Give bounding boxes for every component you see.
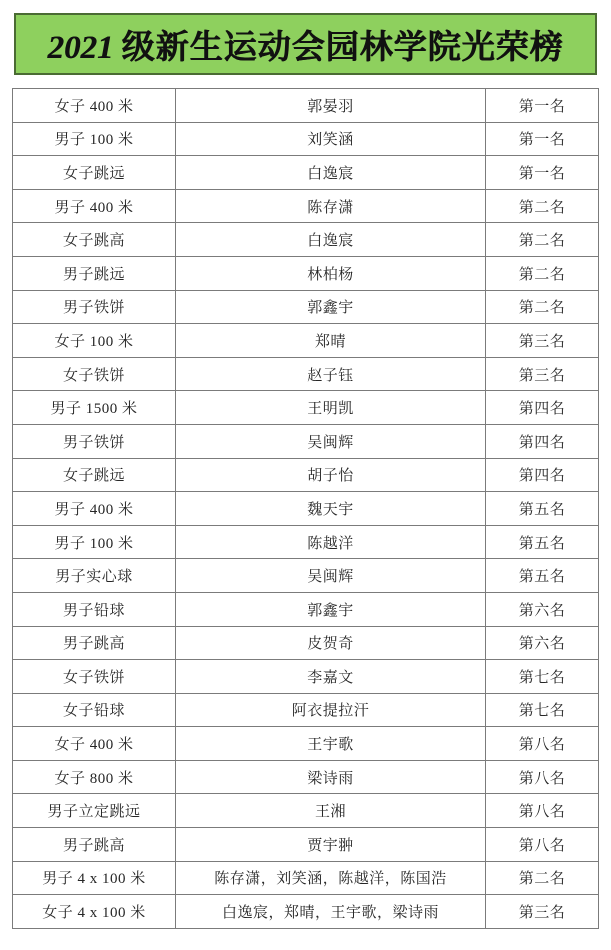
name-cell: 王湘	[176, 794, 486, 828]
name-cell: 刘笑涵	[176, 122, 486, 156]
page-title: 2021级新生运动会园林学院光荣榜	[48, 21, 564, 68]
rank-cell: 第八名	[486, 727, 599, 761]
event-cell: 女子跳远	[13, 458, 176, 492]
name-cell: 郭晏羽	[176, 89, 486, 123]
table-row: 女子 800 米梁诗雨第八名	[13, 760, 599, 794]
name-cell: 郭鑫宇	[176, 290, 486, 324]
name-cell: 赵子钰	[176, 357, 486, 391]
event-cell: 女子铁饼	[13, 660, 176, 694]
honor-roll-table: 女子 400 米郭晏羽第一名男子 100 米刘笑涵第一名女子跳远白逸宸第一名男子…	[12, 88, 599, 929]
rank-cell: 第四名	[486, 458, 599, 492]
table-row: 女子铁饼赵子钰第三名	[13, 357, 599, 391]
rank-cell: 第三名	[486, 357, 599, 391]
rank-cell: 第三名	[486, 895, 599, 929]
rank-cell: 第二名	[486, 290, 599, 324]
rank-cell: 第五名	[486, 559, 599, 593]
name-cell: 贾宇翀	[176, 828, 486, 862]
event-cell: 女子跳高	[13, 223, 176, 257]
event-cell: 女子 400 米	[13, 89, 176, 123]
name-cell: 郑晴	[176, 324, 486, 358]
name-cell: 吴闽辉	[176, 559, 486, 593]
rank-cell: 第二名	[486, 189, 599, 223]
rank-cell: 第四名	[486, 391, 599, 425]
name-cell: 魏天宇	[176, 492, 486, 526]
event-cell: 男子 4 x 100 米	[13, 861, 176, 895]
event-cell: 男子铁饼	[13, 290, 176, 324]
table-row: 女子跳远胡子怡第四名	[13, 458, 599, 492]
results-table-body: 女子 400 米郭晏羽第一名男子 100 米刘笑涵第一名女子跳远白逸宸第一名男子…	[13, 89, 599, 929]
table-row: 女子 100 米郑晴第三名	[13, 324, 599, 358]
rank-cell: 第八名	[486, 828, 599, 862]
name-cell: 阿衣提拉汗	[176, 693, 486, 727]
event-cell: 女子铁饼	[13, 357, 176, 391]
table-row: 男子 400 米魏天宇第五名	[13, 492, 599, 526]
rank-cell: 第七名	[486, 693, 599, 727]
table-row: 男子跳高皮贺奇第六名	[13, 626, 599, 660]
table-row: 男子铁饼吴闽辉第四名	[13, 424, 599, 458]
event-cell: 男子铅球	[13, 592, 176, 626]
name-cell: 皮贺奇	[176, 626, 486, 660]
table-row: 女子铅球阿衣提拉汗第七名	[13, 693, 599, 727]
table-row: 男子跳高贾宇翀第八名	[13, 828, 599, 862]
rank-cell: 第五名	[486, 492, 599, 526]
table-row: 女子 400 米郭晏羽第一名	[13, 89, 599, 123]
table-row: 男子跳远林柏杨第二名	[13, 256, 599, 290]
name-cell: 郭鑫宇	[176, 592, 486, 626]
rank-cell: 第三名	[486, 324, 599, 358]
event-cell: 男子 400 米	[13, 492, 176, 526]
rank-cell: 第八名	[486, 760, 599, 794]
rank-cell: 第六名	[486, 592, 599, 626]
name-cell: 吴闽辉	[176, 424, 486, 458]
table-row: 男子 4 x 100 米陈存潇，刘笑涵，陈越洋，陈国浩第二名	[13, 861, 599, 895]
name-cell: 陈越洋	[176, 525, 486, 559]
table-row: 女子铁饼李嘉文第七名	[13, 660, 599, 694]
rank-cell: 第八名	[486, 794, 599, 828]
rank-cell: 第一名	[486, 156, 599, 190]
name-cell: 王宇歌	[176, 727, 486, 761]
event-cell: 男子 100 米	[13, 122, 176, 156]
name-cell: 白逸宸	[176, 223, 486, 257]
event-cell: 男子铁饼	[13, 424, 176, 458]
rank-cell: 第六名	[486, 626, 599, 660]
rank-cell: 第七名	[486, 660, 599, 694]
table-row: 男子 100 米刘笑涵第一名	[13, 122, 599, 156]
event-cell: 女子 800 米	[13, 760, 176, 794]
name-cell: 王明凯	[176, 391, 486, 425]
event-cell: 男子跳远	[13, 256, 176, 290]
table-row: 男子铁饼郭鑫宇第二名	[13, 290, 599, 324]
name-cell: 陈存潇，刘笑涵，陈越洋，陈国浩	[176, 861, 486, 895]
event-cell: 女子 4 x 100 米	[13, 895, 176, 929]
rank-cell: 第一名	[486, 122, 599, 156]
name-cell: 林柏杨	[176, 256, 486, 290]
table-row: 男子铅球郭鑫宇第六名	[13, 592, 599, 626]
event-cell: 男子实心球	[13, 559, 176, 593]
name-cell: 陈存潇	[176, 189, 486, 223]
event-cell: 男子跳高	[13, 828, 176, 862]
event-cell: 男子 400 米	[13, 189, 176, 223]
event-cell: 男子跳高	[13, 626, 176, 660]
title-text: 级新生运动会园林学院光荣榜	[122, 30, 564, 66]
rank-cell: 第二名	[486, 223, 599, 257]
event-cell: 男子 1500 米	[13, 391, 176, 425]
event-cell: 男子立定跳远	[13, 794, 176, 828]
rank-cell: 第五名	[486, 525, 599, 559]
event-cell: 女子 400 米	[13, 727, 176, 761]
table-row: 女子跳高白逸宸第二名	[13, 223, 599, 257]
table-row: 男子 100 米陈越洋第五名	[13, 525, 599, 559]
name-cell: 梁诗雨	[176, 760, 486, 794]
name-cell: 白逸宸	[176, 156, 486, 190]
table-row: 男子实心球吴闽辉第五名	[13, 559, 599, 593]
title-banner: 2021级新生运动会园林学院光荣榜	[14, 13, 597, 75]
name-cell: 白逸宸，郑晴，王宇歌，梁诗雨	[176, 895, 486, 929]
event-cell: 男子 100 米	[13, 525, 176, 559]
event-cell: 女子跳远	[13, 156, 176, 190]
rank-cell: 第二名	[486, 256, 599, 290]
rank-cell: 第一名	[486, 89, 599, 123]
table-row: 女子 4 x 100 米白逸宸，郑晴，王宇歌，梁诗雨第三名	[13, 895, 599, 929]
event-cell: 女子铅球	[13, 693, 176, 727]
table-row: 女子跳远白逸宸第一名	[13, 156, 599, 190]
title-year: 2021	[48, 30, 114, 66]
table-row: 男子 400 米陈存潇第二名	[13, 189, 599, 223]
table-row: 男子立定跳远王湘第八名	[13, 794, 599, 828]
name-cell: 李嘉文	[176, 660, 486, 694]
name-cell: 胡子怡	[176, 458, 486, 492]
table-row: 男子 1500 米王明凯第四名	[13, 391, 599, 425]
event-cell: 女子 100 米	[13, 324, 176, 358]
table-row: 女子 400 米王宇歌第八名	[13, 727, 599, 761]
rank-cell: 第四名	[486, 424, 599, 458]
rank-cell: 第二名	[486, 861, 599, 895]
